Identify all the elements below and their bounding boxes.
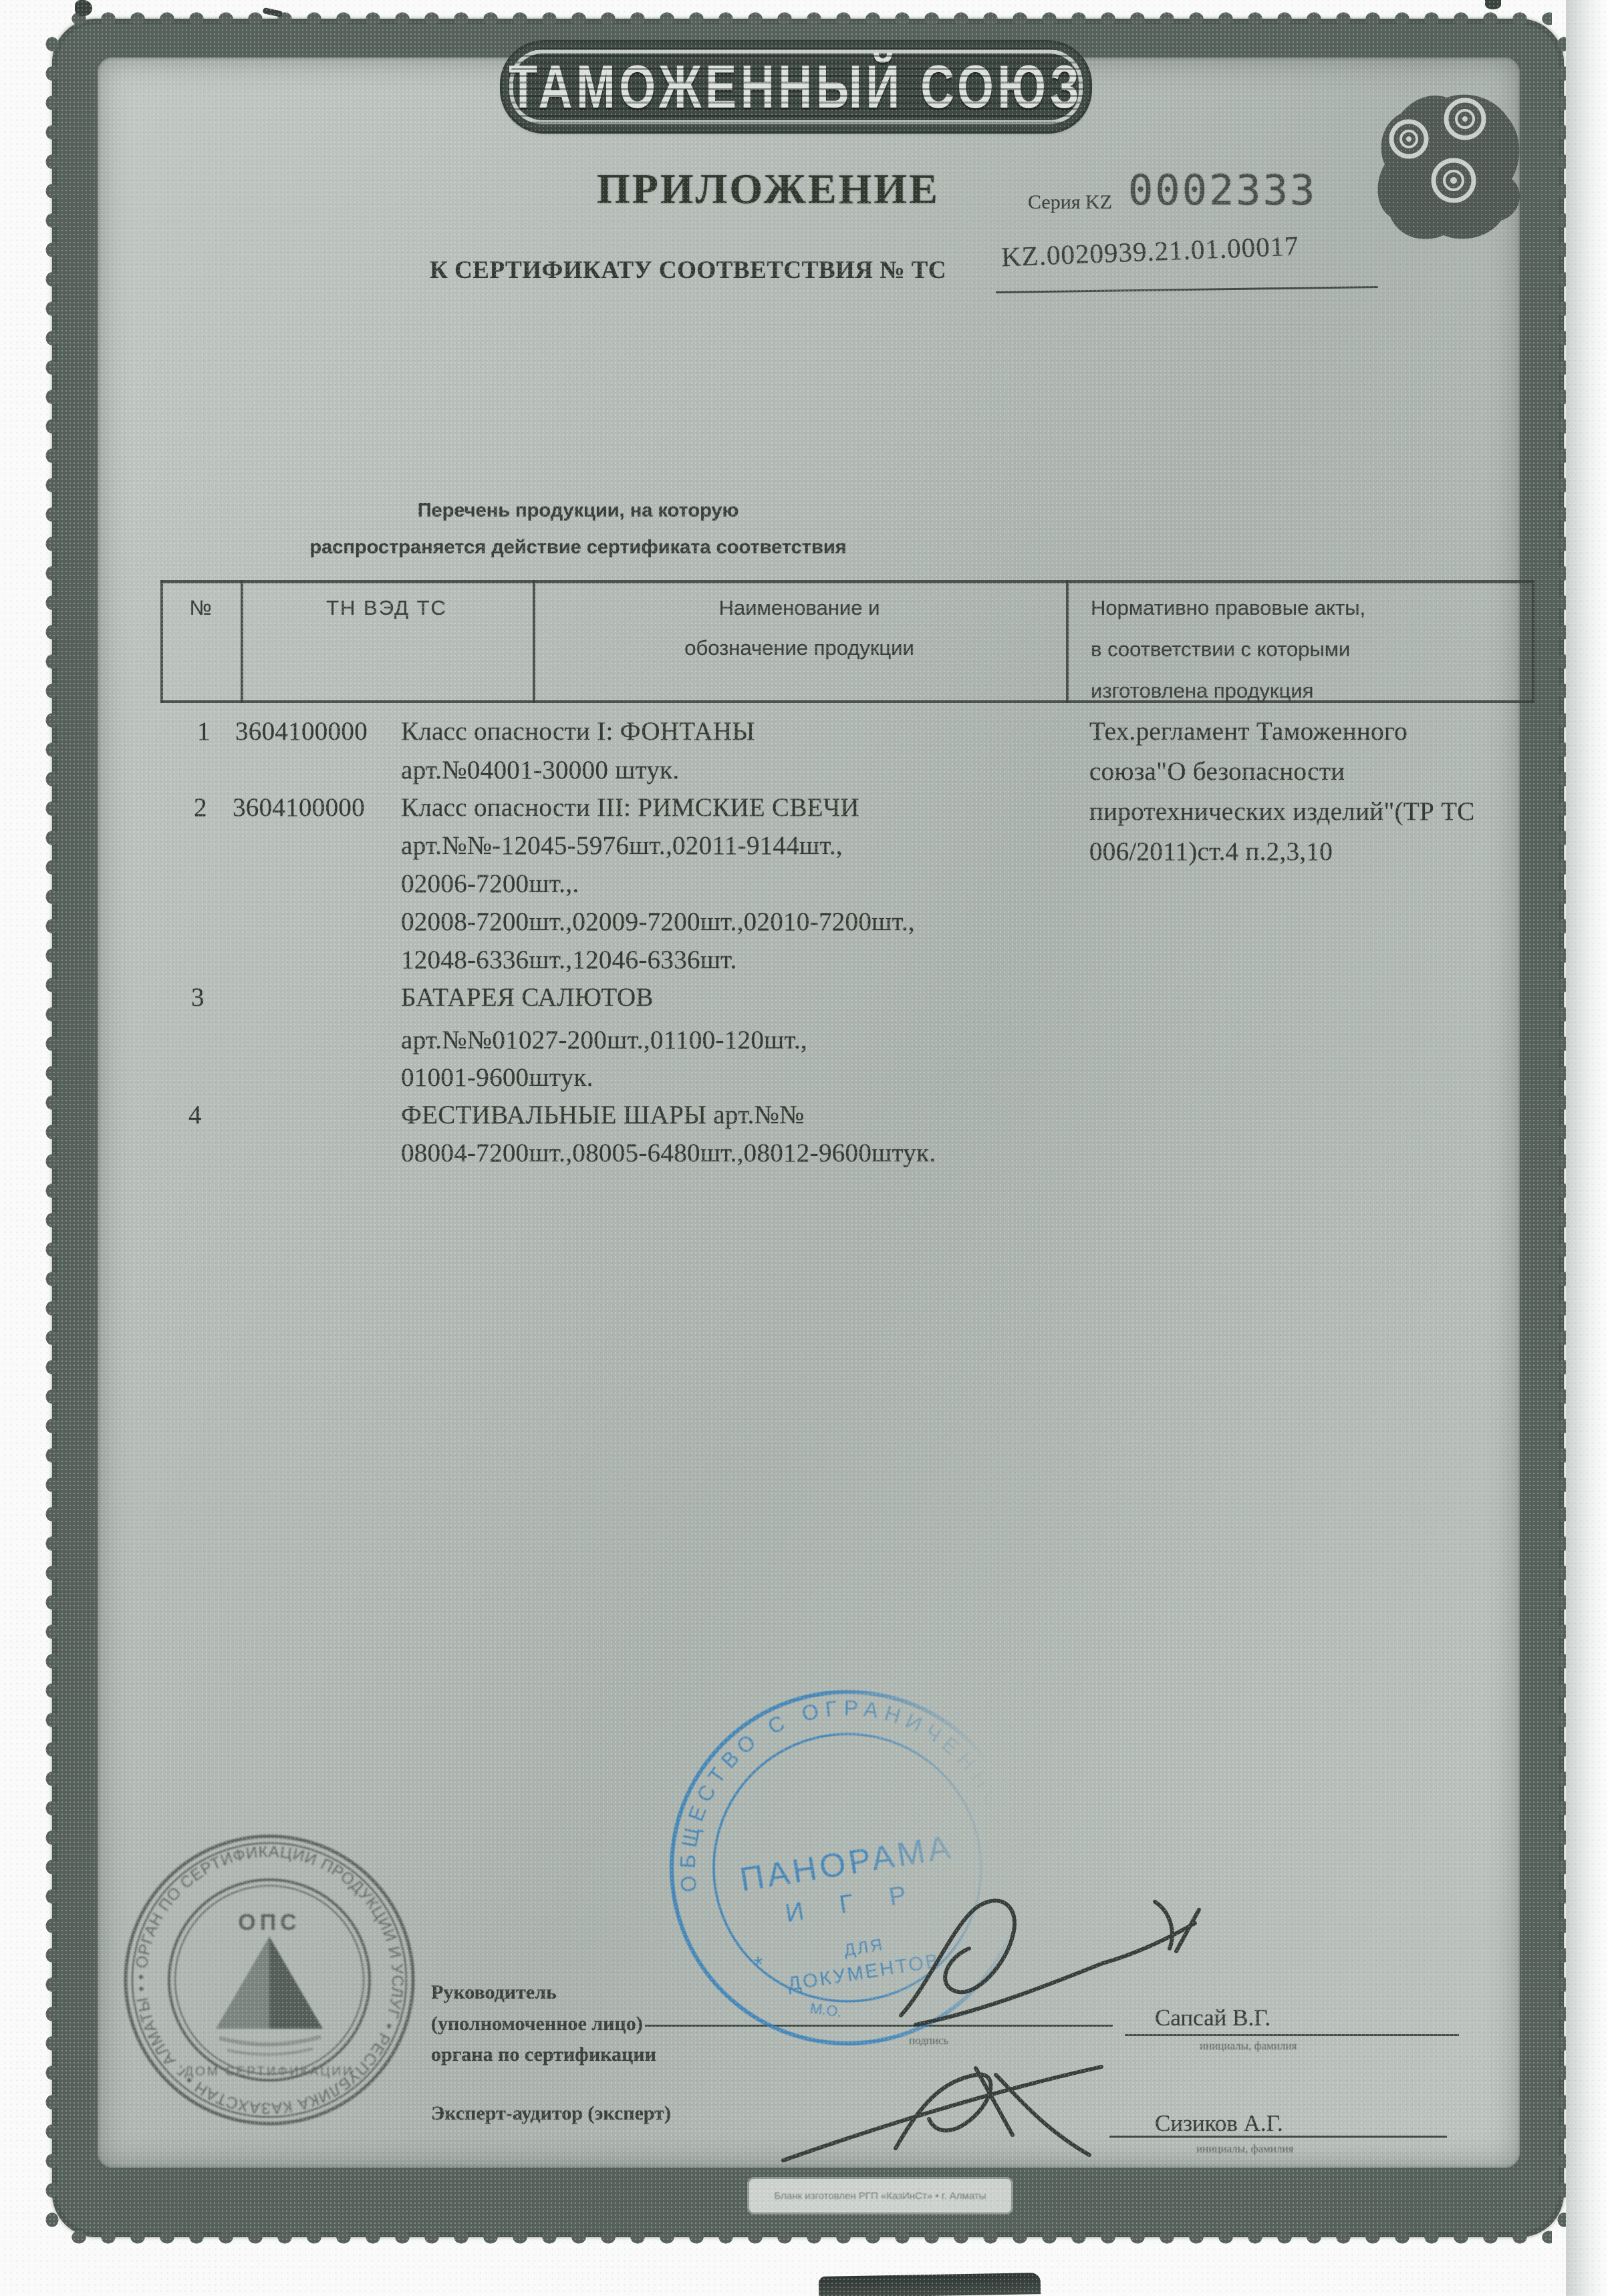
head-signature-label-line3: органа по сертификации [431, 2043, 656, 2066]
product-line: арт.№№-12045-5976шт.,02011-9144шт., [401, 831, 843, 861]
table-divider-3 [1066, 580, 1069, 703]
customs-union-banner: ТАМОЖЕННЫЙ СОЮЗ [503, 43, 1089, 131]
row-code: 3604100000 [233, 793, 365, 823]
product-line: арт.№04001-30000 штук. [401, 755, 679, 785]
stamp-purpose-line1: ДЛЯ [843, 1935, 886, 1960]
scan-artifact-bottom [819, 2273, 1041, 2296]
table-border-header-bottom [160, 700, 1534, 703]
product-line: 01001-9600штук. [401, 1062, 593, 1093]
expert-name: Сизиков А.Г. [1155, 2110, 1283, 2137]
col-header-legal-line2: в соответствии с которыми [1091, 637, 1350, 662]
stamp-mo-mark: М.О. [809, 2000, 843, 2021]
legal-line: союза"О безопасности [1089, 756, 1345, 786]
serial-series-label: Серия KZ [1028, 191, 1112, 214]
border-scallop-left [40, 29, 64, 2228]
expert-signature-label: Эксперт-аудитор (эксперт) [431, 2102, 671, 2125]
table-border-right [1532, 580, 1534, 703]
head-signature-label-line2: (уполномоченное лицо) [431, 2013, 643, 2035]
table-caption-line1: Перечень продукции, на которую [348, 500, 809, 522]
legal-line: пиротехнических изделий"(ТР ТС [1089, 797, 1475, 827]
col-header-legal-line3: изготовлена продукция [1091, 679, 1313, 703]
table-border-left [160, 580, 163, 703]
scan-artifact-top-left [75, 0, 92, 16]
border-scallop-top [64, 7, 1552, 31]
row-code: 3604100000 [235, 716, 368, 746]
row-number: 4 [188, 1100, 202, 1130]
head-name-sublabel: инициалы, фамилия [1200, 2039, 1297, 2053]
banner-engraving-stripes [508, 48, 1084, 126]
table-caption-line2: распространяется действие сертификата со… [254, 537, 902, 559]
scan-edge-shade [1566, 0, 1610, 2296]
stamp-center-text: ОПС [238, 1910, 300, 1935]
guilloche-rosette-icon [1377, 86, 1544, 253]
product-line: ФЕСТИВАЛЬНЫЕ ШАРЫ арт.№№ [401, 1100, 805, 1130]
border-scallop-bottom [64, 2225, 1552, 2249]
row-number: 2 [194, 793, 207, 823]
product-line: Класс опасности III: РИМСКИЕ СВЕЧИ [401, 793, 859, 823]
table-border-top [160, 580, 1534, 583]
row-number: 1 [197, 716, 211, 746]
scan-artifact-top-right [1485, 0, 1501, 9]
col-header-legal-line1: Нормативно правовые акты, [1091, 596, 1365, 620]
product-line: 12048-6336шт.,12046-6336шт. [401, 945, 737, 975]
col-header-name-line1: Наименование и [533, 596, 1066, 620]
stamp-pyramid-right-face [269, 1936, 323, 2029]
head-signature-label-line1: Руководитель [431, 1981, 557, 2004]
table-divider-1 [241, 580, 243, 703]
stamp-inner-bottom-text: ДОМ СЕРТИФИКАЦИИ [184, 2065, 354, 2079]
blank-manufacturer-box: Бланк изготовлен РГП «КазИнСт» • г. Алма… [747, 2177, 1013, 2214]
stamp-star-mark: * [753, 1952, 765, 1979]
product-line: БАТАРЕЯ САЛЮТОВ [401, 982, 654, 1012]
blank-manufacturer-note: Бланк изготовлен РГП «КазИнСт» • г. Алма… [774, 2190, 986, 2202]
expert-name-sublabel: инициалы, фамилия [1196, 2142, 1293, 2156]
product-line: Класс опасности I: ФОНТАНЫ [401, 716, 755, 746]
col-header-name-line2: обозначение продукции [533, 636, 1066, 660]
head-handwritten-signature [889, 1884, 1210, 2038]
scanned-certificate-appendix: ТАМОЖЕННЫЙ СОЮЗ ПРИЛОЖЕНИЕ Серия KZ 0002… [0, 0, 1610, 2296]
legal-line: Тех.регламент Таможенного [1089, 716, 1407, 746]
product-line: 02006-7200шт.,. [401, 869, 579, 899]
product-line: арт.№№01027-200шт.,01100-120шт., [401, 1025, 807, 1055]
serial-number: 0002333 [1128, 166, 1317, 214]
stamp-pyramid-left-face [216, 1936, 269, 2029]
certification-body-stamp: • ОРГАН ПО СЕРТИФИКАЦИИ ПРОДУКЦИИ И УСЛУ… [119, 1830, 420, 2130]
col-header-code: ТН ВЭД ТС [241, 596, 533, 620]
table-divider-2 [533, 580, 535, 703]
product-line: 08004-7200шт.,08005-6480шт.,08012-9600шт… [401, 1138, 936, 1168]
legal-line: 006/2011)ст.4 п.2,3,10 [1089, 837, 1333, 867]
expert-name-line [1109, 2136, 1447, 2138]
expert-handwritten-signature [775, 2055, 1109, 2172]
page-title: ПРИЛОЖЕНИЕ [597, 164, 940, 214]
row-number: 3 [191, 982, 205, 1012]
certificate-reference-label: К СЕРТИФИКАТУ СООТВЕТСТВИЯ № ТС [430, 256, 946, 285]
col-header-number: № [160, 596, 241, 620]
product-line: 02008-7200шт.,02009-7200шт.,02010-7200шт… [401, 907, 915, 937]
